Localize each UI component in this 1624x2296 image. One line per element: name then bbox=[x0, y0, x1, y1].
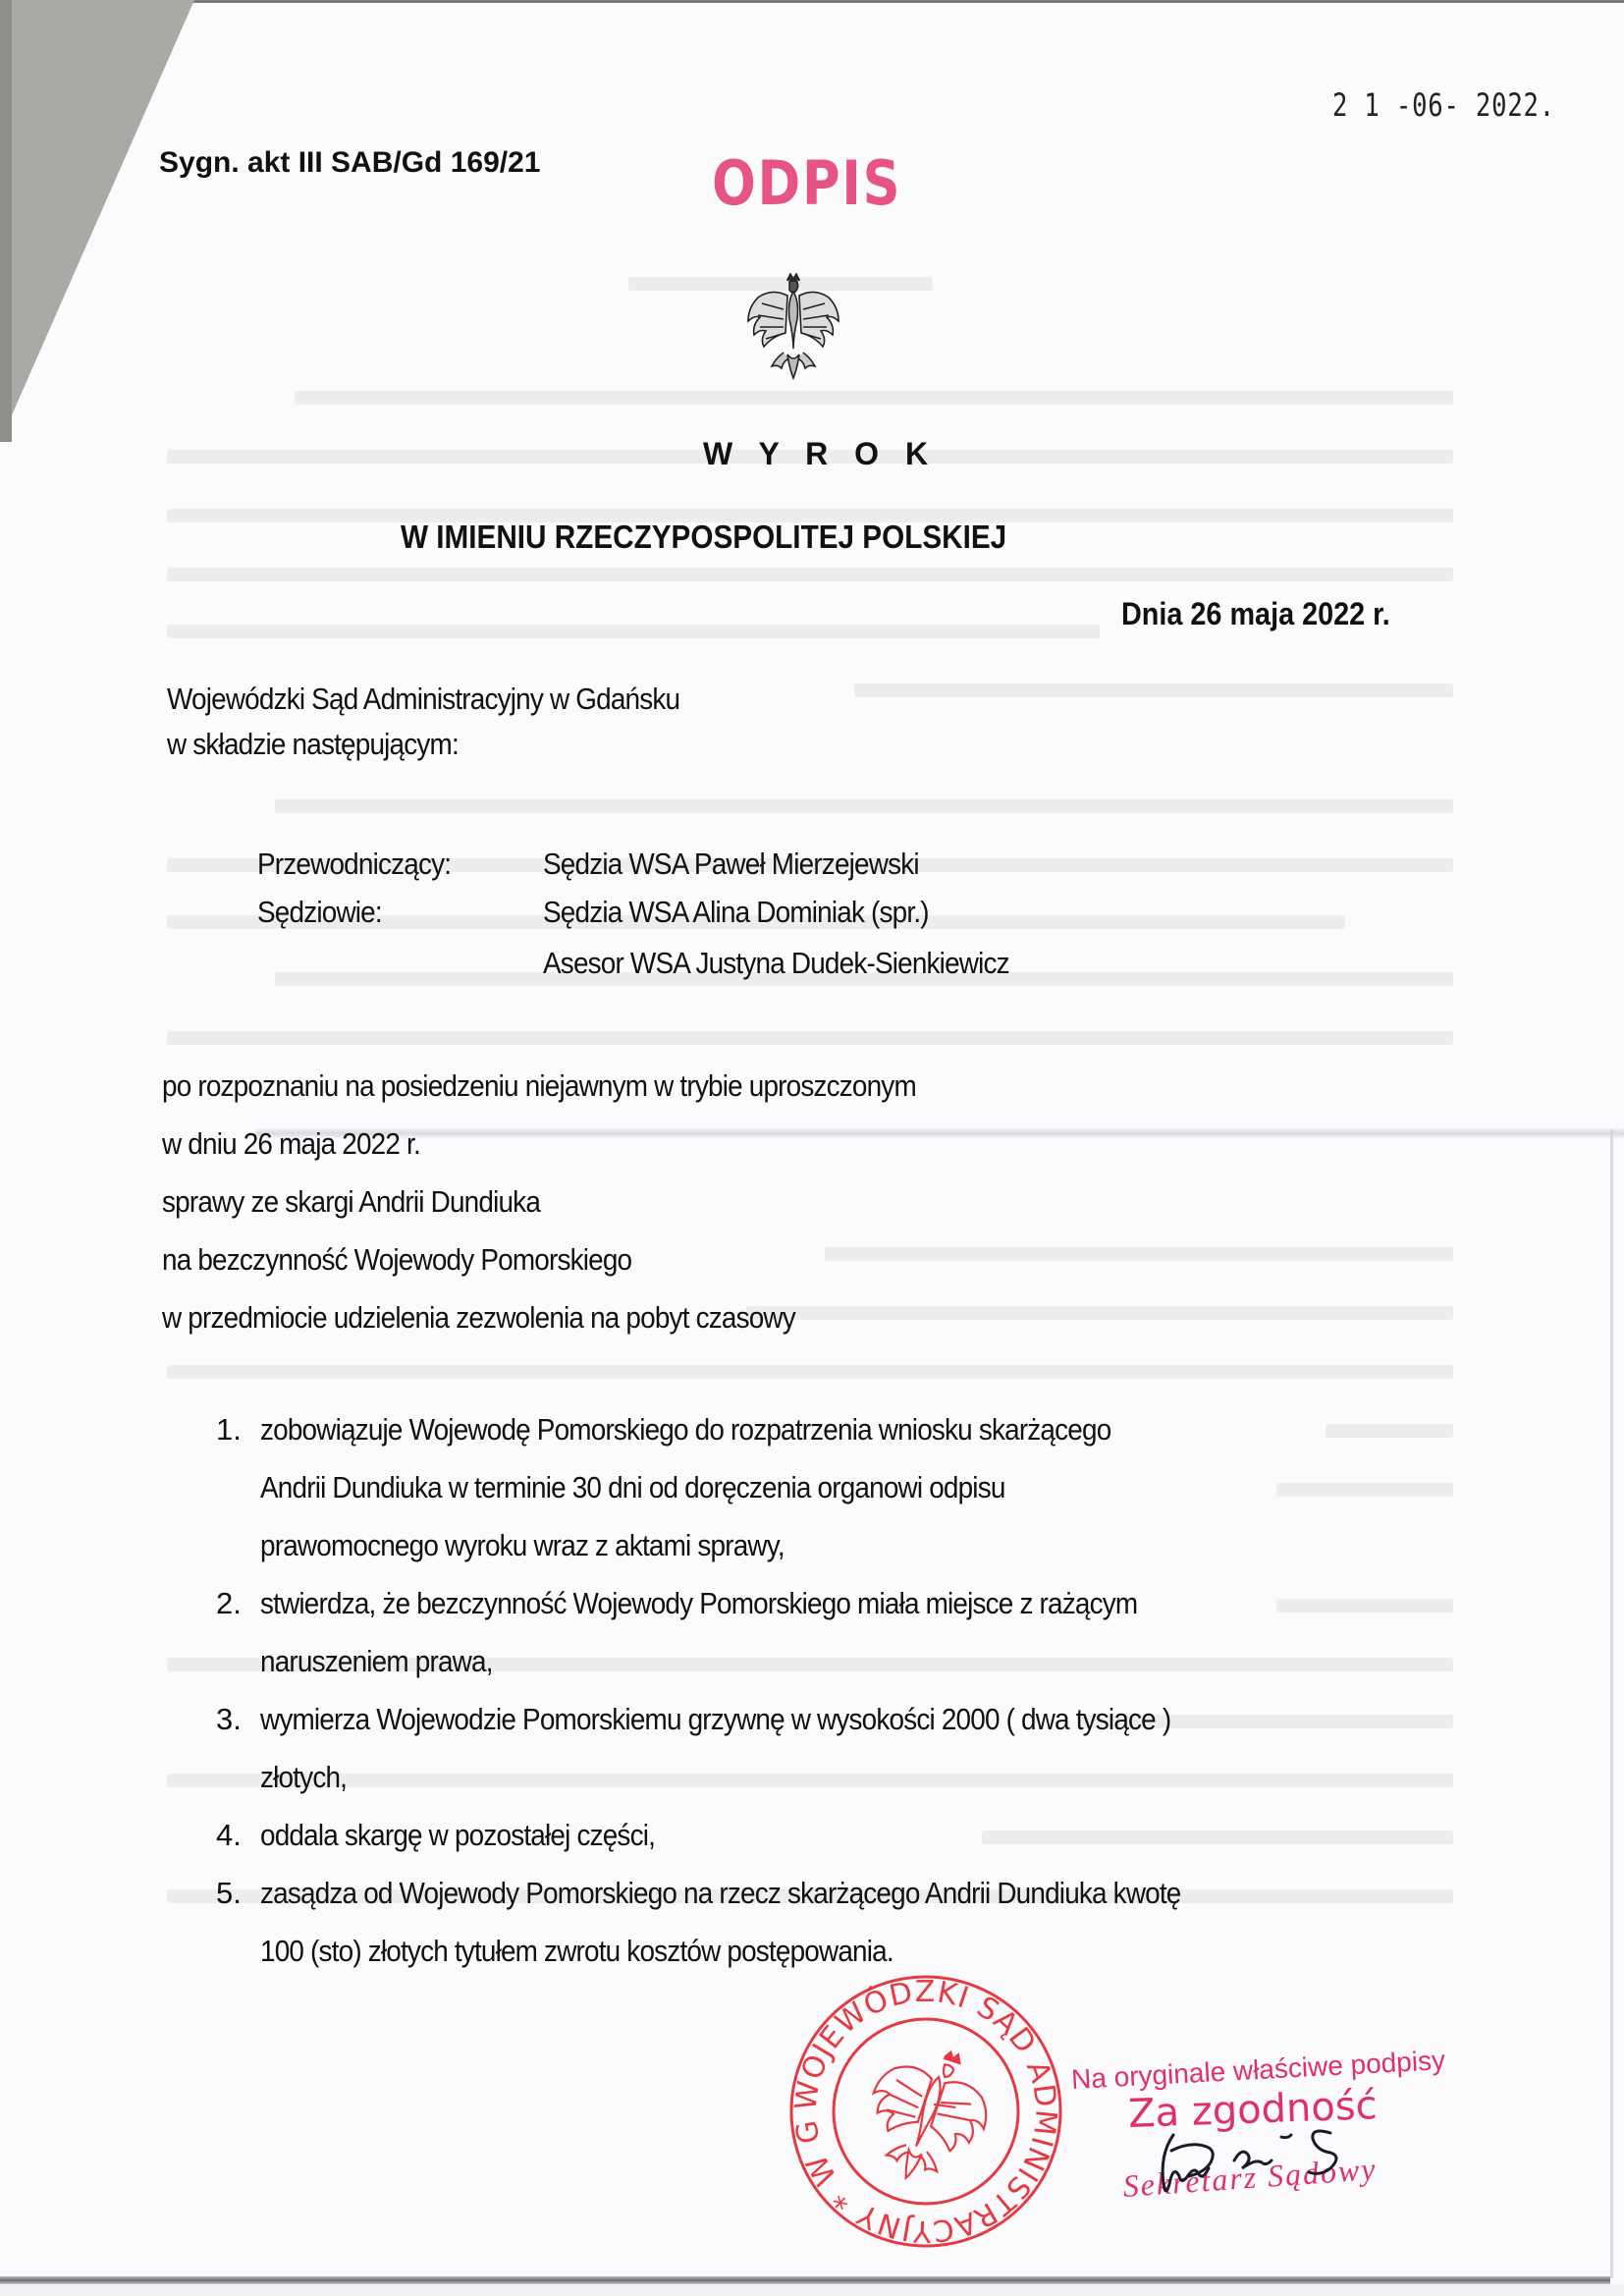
ruling-line: złotych, bbox=[260, 1760, 347, 1795]
scan-top-edge bbox=[0, 0, 1624, 3]
court-seal: WOJEWÓDZKI SĄD ADMINISTRACYJNY * W GDAŃS… bbox=[784, 1969, 1068, 2254]
proceedings-line: na bezczynność Wojewody Pomorskiego bbox=[162, 1242, 631, 1278]
signature bbox=[1144, 2121, 1360, 2210]
paper-fold bbox=[255, 1127, 1624, 1139]
panel-member: Sędzia WSA Paweł Mierzejewski bbox=[543, 847, 919, 882]
verdict-title: W Y R O K bbox=[703, 436, 937, 472]
proceedings-line: sprawy ze skargi Andrii Dundiuka bbox=[162, 1184, 540, 1220]
proceedings-line: po rozpoznaniu na posiedzeniu niejawnym … bbox=[162, 1068, 916, 1104]
polish-eagle-icon bbox=[744, 270, 842, 383]
ruling-line: prawomocnego wyroku wraz z aktami sprawy… bbox=[260, 1528, 785, 1563]
ruling-line: wymierza Wojewodzie Pomorskiemu grzywnę … bbox=[260, 1702, 1170, 1737]
ruling-line: zasądza od Wojewody Pomorskiego na rzecz… bbox=[260, 1876, 1181, 1911]
composition-intro: w składzie następującym: bbox=[167, 727, 459, 762]
court-name: Wojewódzki Sąd Administracyjny w Gdańsku bbox=[167, 682, 679, 717]
ruling-number: 5. bbox=[216, 1876, 242, 1911]
ruling-number: 3. bbox=[216, 1702, 242, 1737]
panel-member: Sędzia WSA Alina Dominiak (spr.) bbox=[543, 895, 929, 930]
ruling-line: zobowiązuje Wojewodę Pomorskiego do rozp… bbox=[260, 1412, 1110, 1448]
paper-right-edge bbox=[1610, 1129, 1613, 2278]
panel-member: Asesor WSA Justyna Dudek-Sienkiewicz bbox=[543, 946, 1009, 981]
ruling-line: oddala skargę w pozostałej części, bbox=[260, 1818, 655, 1853]
verdict-date: Dnia 26 maja 2022 r. bbox=[1121, 596, 1390, 632]
ruling-number: 4. bbox=[216, 1818, 242, 1853]
paper-bottom-edge bbox=[0, 2276, 1610, 2284]
ruling-line: stwierdza, że bezczynność Wojewody Pomor… bbox=[260, 1586, 1137, 1621]
proceedings-line: w przedmiocie udzielenia zezwolenia na p… bbox=[162, 1300, 795, 1336]
ruling-line: 100 (sto) złotych tytułem zwrotu kosztów… bbox=[260, 1934, 893, 1969]
scan-bottom-strip bbox=[0, 2284, 1624, 2296]
case-signature: Sygn. akt III SAB/Gd 169/21 bbox=[159, 146, 540, 180]
ruling-line: naruszeniem prawa, bbox=[260, 1644, 493, 1679]
panel-role: Przewodniczący: bbox=[257, 847, 451, 882]
copy-stamp: ODPIS bbox=[712, 147, 901, 219]
panel-role: Sędziowie: bbox=[257, 895, 382, 930]
ruling-number: 1. bbox=[216, 1412, 242, 1448]
verdict-subtitle: W IMIENIU RZECZYPOSPOLITEJ POLSKIEJ bbox=[401, 519, 1006, 556]
received-date-stamp: 2 1 -06- 2022. bbox=[1332, 86, 1555, 124]
proceedings-line: w dniu 26 maja 2022 r. bbox=[162, 1126, 420, 1162]
ruling-line: Andrii Dundiuka w terminie 30 dni od dor… bbox=[260, 1470, 1005, 1505]
polish-eagle-icon bbox=[851, 2034, 1002, 2197]
ruling-number: 2. bbox=[216, 1586, 242, 1621]
